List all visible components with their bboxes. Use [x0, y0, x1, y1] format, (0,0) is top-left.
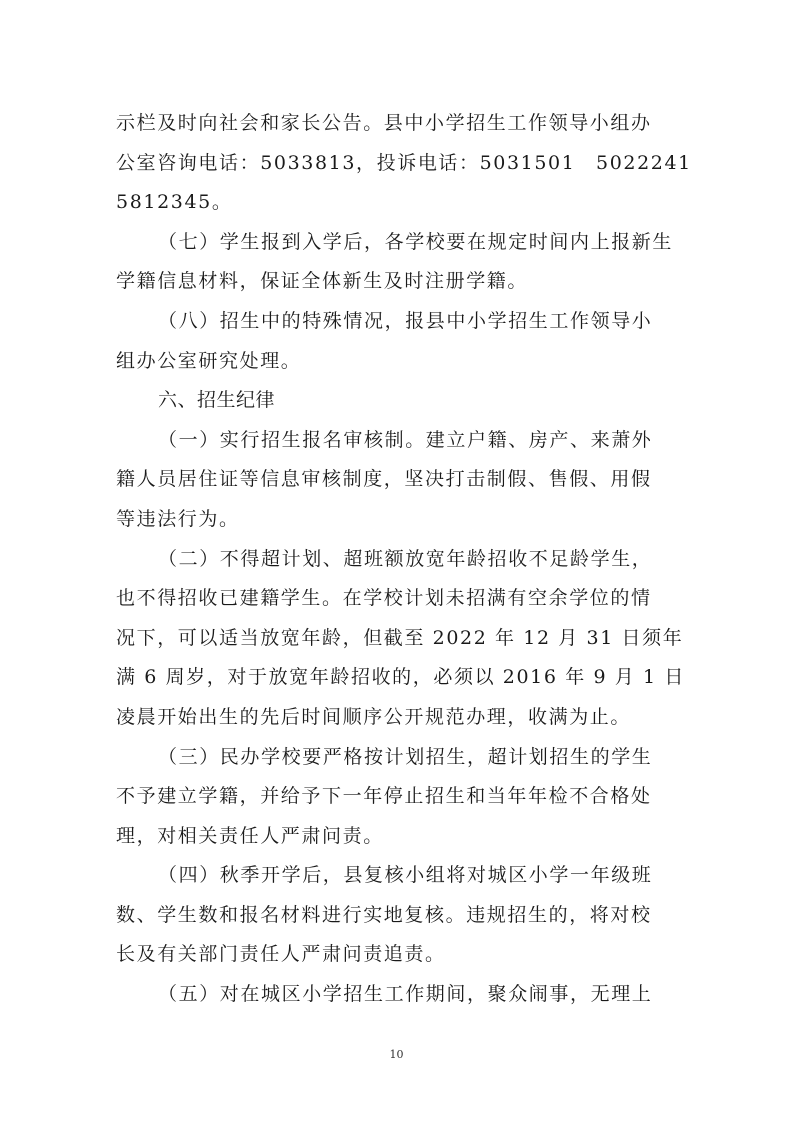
section-heading: 六、招生纪律 — [116, 381, 686, 421]
paragraph-item-8-line: （八）招生中的特殊情况，报县中小学招生工作领导小 — [116, 302, 686, 342]
paragraph-line: 组办公室研究处理。 — [116, 342, 686, 382]
paragraph-item-5-line: （五）对在城区小学招生工作期间，聚众闹事，无理上 — [116, 975, 686, 1015]
paragraph-line: 籍人员居住证等信息审核制度，坚决打击制假、售假、用假 — [116, 460, 686, 500]
paragraph-item-7-line: （七）学生报到入学后，各学校要在规定时间内上报新生 — [116, 223, 686, 263]
paragraph-item-3-line: （三）民办学校要严格按计划招生，超计划招生的学生 — [116, 738, 686, 778]
paragraph-item-2-line: （二）不得超计划、超班额放宽年龄招收不足龄学生， — [116, 540, 686, 580]
paragraph-line: 5812345。 — [116, 183, 686, 223]
paragraph-line: 理，对相关责任人严肃问责。 — [116, 817, 686, 857]
document-body: 示栏及时向社会和家长公告。县中小学招生工作领导小组办 公室咨询电话：503381… — [116, 104, 686, 1015]
page-number: 10 — [0, 1048, 793, 1061]
paragraph-line: 况下，可以适当放宽年龄，但截至 2022 年 12 月 31 日须年 — [116, 619, 686, 659]
paragraph-line: 长及有关部门责任人严肃问责追责。 — [116, 935, 686, 975]
paragraph-line: 凌晨开始出生的先后时间顺序公开规范办理，收满为止。 — [116, 698, 686, 738]
paragraph-line: 公室咨询电话：5033813，投诉电话：5031501 5022241 — [116, 144, 686, 184]
paragraph-item-4-line: （四）秋季开学后，县复核小组将对城区小学一年级班 — [116, 856, 686, 896]
paragraph-line: 不予建立学籍，并给予下一年停止招生和当年年检不合格处 — [116, 777, 686, 817]
paragraph-line: 学籍信息材料，保证全体新生及时注册学籍。 — [116, 262, 686, 302]
document-page: 示栏及时向社会和家长公告。县中小学招生工作领导小组办 公室咨询电话：503381… — [0, 0, 793, 1122]
paragraph-line: 也不得招收已建籍学生。在学校计划未招满有空余学位的情 — [116, 579, 686, 619]
paragraph-item-1-line: （一）实行招生报名审核制。建立户籍、房产、来萧外 — [116, 421, 686, 461]
paragraph-line: 等违法行为。 — [116, 500, 686, 540]
paragraph-line: 示栏及时向社会和家长公告。县中小学招生工作领导小组办 — [116, 104, 686, 144]
paragraph-line: 满 6 周岁，对于放宽年龄招收的，必须以 2016 年 9 月 1 日 — [116, 658, 686, 698]
paragraph-line: 数、学生数和报名材料进行实地复核。违规招生的，将对校 — [116, 896, 686, 936]
